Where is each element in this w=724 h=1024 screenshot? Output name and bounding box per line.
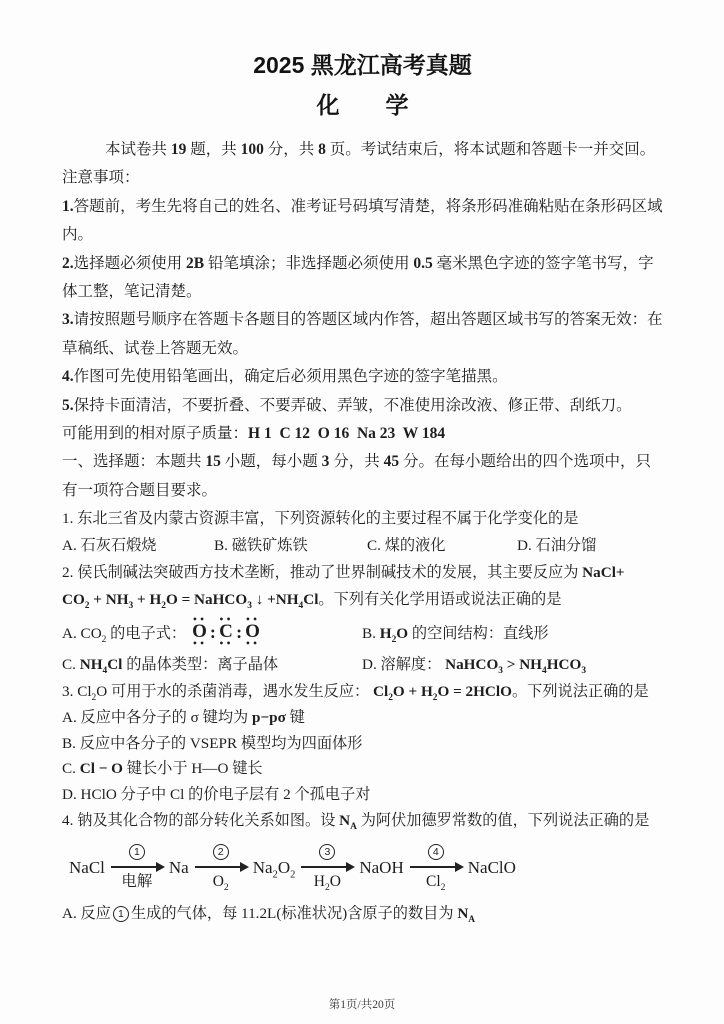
species-nacl: NaCl: [66, 858, 108, 878]
exam-instructions: 本试卷共 19 题，共 100 分，共 8 页。考试结束后，将本试题和答题卡一并…: [62, 136, 663, 505]
exam-title: 2025 黑龙江高考真题: [62, 50, 663, 80]
question-4-stem: 4. 钠及其化合物的部分转化关系如图。设 NA 为阿伏加德罗常数的值，下列说法正…: [62, 807, 663, 834]
question-4: 4. 钠及其化合物的部分转化关系如图。设 NA 为阿伏加德罗常数的值，下列说法正…: [62, 807, 663, 927]
option-b: B. H2O 的空间结构：直线形: [362, 622, 663, 643]
question-1: 1. 东北三省及内蒙古资源丰富，下列资源转化的主要过程不属于化学变化的是 A. …: [62, 505, 663, 559]
atomic-masses: 可能用到的相对原子质量：H 1 C 12 O 16 Na 23 W 184: [62, 420, 663, 448]
question-2-stem-line1: 2. 侯氏制碱法突破西方技术垄断，推动了世界制碱技术的发展，其主要反应为 NaC…: [62, 559, 663, 586]
electron-dots: ••: [219, 641, 233, 647]
option-a: A. CO2 的电子式： •• O •• : •• C ••: [62, 617, 362, 647]
arrow-icon: [301, 866, 353, 868]
option-a: A. 反应1生成的气体，每 11.2L(标准状况)含原子的数目为 NA: [62, 900, 663, 927]
arrow-icon: [195, 866, 247, 868]
question-1-stem: 1. 东北三省及内蒙古资源丰富，下列资源转化的主要过程不属于化学变化的是: [62, 505, 663, 532]
reaction-arrow-4: 4 Cl2: [410, 842, 462, 894]
option-d: D. HClO 分子中 Cl 的价电子层有 2 个孤电子对: [62, 782, 663, 808]
option-a: A. 反应中各分子的 σ 键均为 p−pσ 键: [62, 705, 663, 731]
arrow-condition: H2O: [314, 872, 341, 894]
species-naclo: NaClO: [465, 858, 519, 878]
option-a-label: A. CO2 的电子式：: [62, 622, 186, 643]
page-content: 2025 黑龙江高考真题 化 学 本试卷共 19 题，共 100 分，共 8 页…: [62, 0, 663, 927]
option-d: D. 石油分馏: [517, 532, 663, 559]
exam-paper-page: 2025 黑龙江高考真题 化 学 本试卷共 19 题，共 100 分，共 8 页…: [0, 0, 724, 1024]
question-3: 3. Cl2O 可用于水的杀菌消毒，遇水发生反应： Cl2O + H2O = 2…: [62, 678, 663, 807]
sodium-conversion-diagram: NaCl 1 电解 Na 2 O2 Na2O2 3: [66, 842, 663, 894]
species-na2o2: Na2O2: [250, 858, 299, 878]
question-3-stem: 3. Cl2O 可用于水的杀菌消毒，遇水发生反应： Cl2O + H2O = 2…: [62, 678, 663, 705]
notice-item-1: 1.答题前，考生先将自己的姓名、准考证号码填写清楚，将条形码准确粘贴在条形码区域…: [62, 193, 663, 250]
option-d: D. 溶解度： NaHCO3 > NH4HCO3: [362, 651, 663, 678]
question-2: 2. 侯氏制碱法突破西方技术垄断，推动了世界制碱技术的发展，其主要反应为 NaC…: [62, 559, 663, 678]
notice-item-2: 2.选择题必须使用 2B 铅笔填涂；非选择题必须使用 0.5 毫米黑色字迹的签字…: [62, 250, 663, 307]
reaction-arrow-1: 1 电解: [111, 842, 163, 894]
electron-dots: ••: [192, 641, 206, 647]
arrow-icon: [111, 866, 163, 868]
section-header: 一、选择题：本题共 15 小题，每小题 3 分，共 45 分。在每小题给出的四个…: [62, 448, 663, 505]
option-c: C. 煤的液化: [367, 532, 517, 559]
circled-number-2: 2: [213, 844, 229, 860]
lewis-bond-colon: :: [236, 622, 242, 643]
option-a: A. 石灰石煅烧: [62, 532, 214, 559]
question-2-options-ab: A. CO2 的电子式： •• O •• : •• C ••: [62, 613, 663, 651]
option-c: C. NH4Cl 的晶体类型：离子晶体: [62, 651, 362, 678]
question-2-options-cd: C. NH4Cl 的晶体类型：离子晶体 D. 溶解度： NaHCO3 > NH4…: [62, 651, 663, 678]
species-naoh: NaOH: [356, 858, 406, 878]
co2-electron-dot-structure: •• O •• : •• C •• :: [192, 617, 260, 647]
lewis-atom-o1: •• O ••: [192, 617, 207, 647]
page-footer: 第1页/共20页: [0, 996, 724, 1012]
intro-paragraph: 本试卷共 19 题，共 100 分，共 8 页。考试结束后，将本试题和答题卡一并…: [62, 136, 663, 164]
electron-dots: ••: [245, 641, 259, 647]
lewis-atom-c: •• C ••: [219, 617, 233, 647]
option-c: C. Cl − O 键长小于 H—O 键长: [62, 756, 663, 782]
reaction-arrow-3: 3 H2O: [301, 842, 353, 894]
arrow-condition: O2: [213, 872, 229, 894]
lewis-atom-o2: •• O ••: [245, 617, 260, 647]
option-b: B. 磁铁矿炼铁: [214, 532, 367, 559]
notice-item-4: 4.作图可先使用铅笔画出，确定后必须用黑色字迹的签字笔描黑。: [62, 363, 663, 391]
lewis-bond-colon: :: [210, 622, 216, 643]
arrow-condition: Cl2: [426, 872, 445, 894]
notice-item-3: 3.请按照题号顺序在答题卡各题目的答题区域内作答，超出答题区域书写的答案无效：在…: [62, 306, 663, 363]
reaction-arrow-2: 2 O2: [195, 842, 247, 894]
circled-number-1: 1: [129, 844, 145, 860]
circled-number-3: 3: [319, 844, 335, 860]
notice-item-5: 5.保持卡面清洁，不要折叠、不要弄破、弄皱，不准使用涂改液、修正带、刮纸刀。: [62, 392, 663, 420]
subject-title: 化 学: [62, 90, 663, 120]
notice-heading: 注意事项：: [62, 164, 663, 192]
question-2-equation: CO2 + NH3 + H2O = NaHCO3 ↓ +NH4Cl。下列有关化学…: [62, 586, 663, 613]
questions-area: 1. 东北三省及内蒙古资源丰富，下列资源转化的主要过程不属于化学变化的是 A. …: [62, 505, 663, 927]
option-b: B. 反应中各分子的 VSEPR 模型均为四面体形: [62, 731, 663, 757]
arrow-icon: [410, 866, 462, 868]
question-1-options: A. 石灰石煅烧 B. 磁铁矿炼铁 C. 煤的液化 D. 石油分馏: [62, 532, 663, 559]
arrow-condition: 电解: [121, 872, 152, 894]
circled-number-4: 4: [428, 844, 444, 860]
species-na: Na: [166, 858, 192, 878]
